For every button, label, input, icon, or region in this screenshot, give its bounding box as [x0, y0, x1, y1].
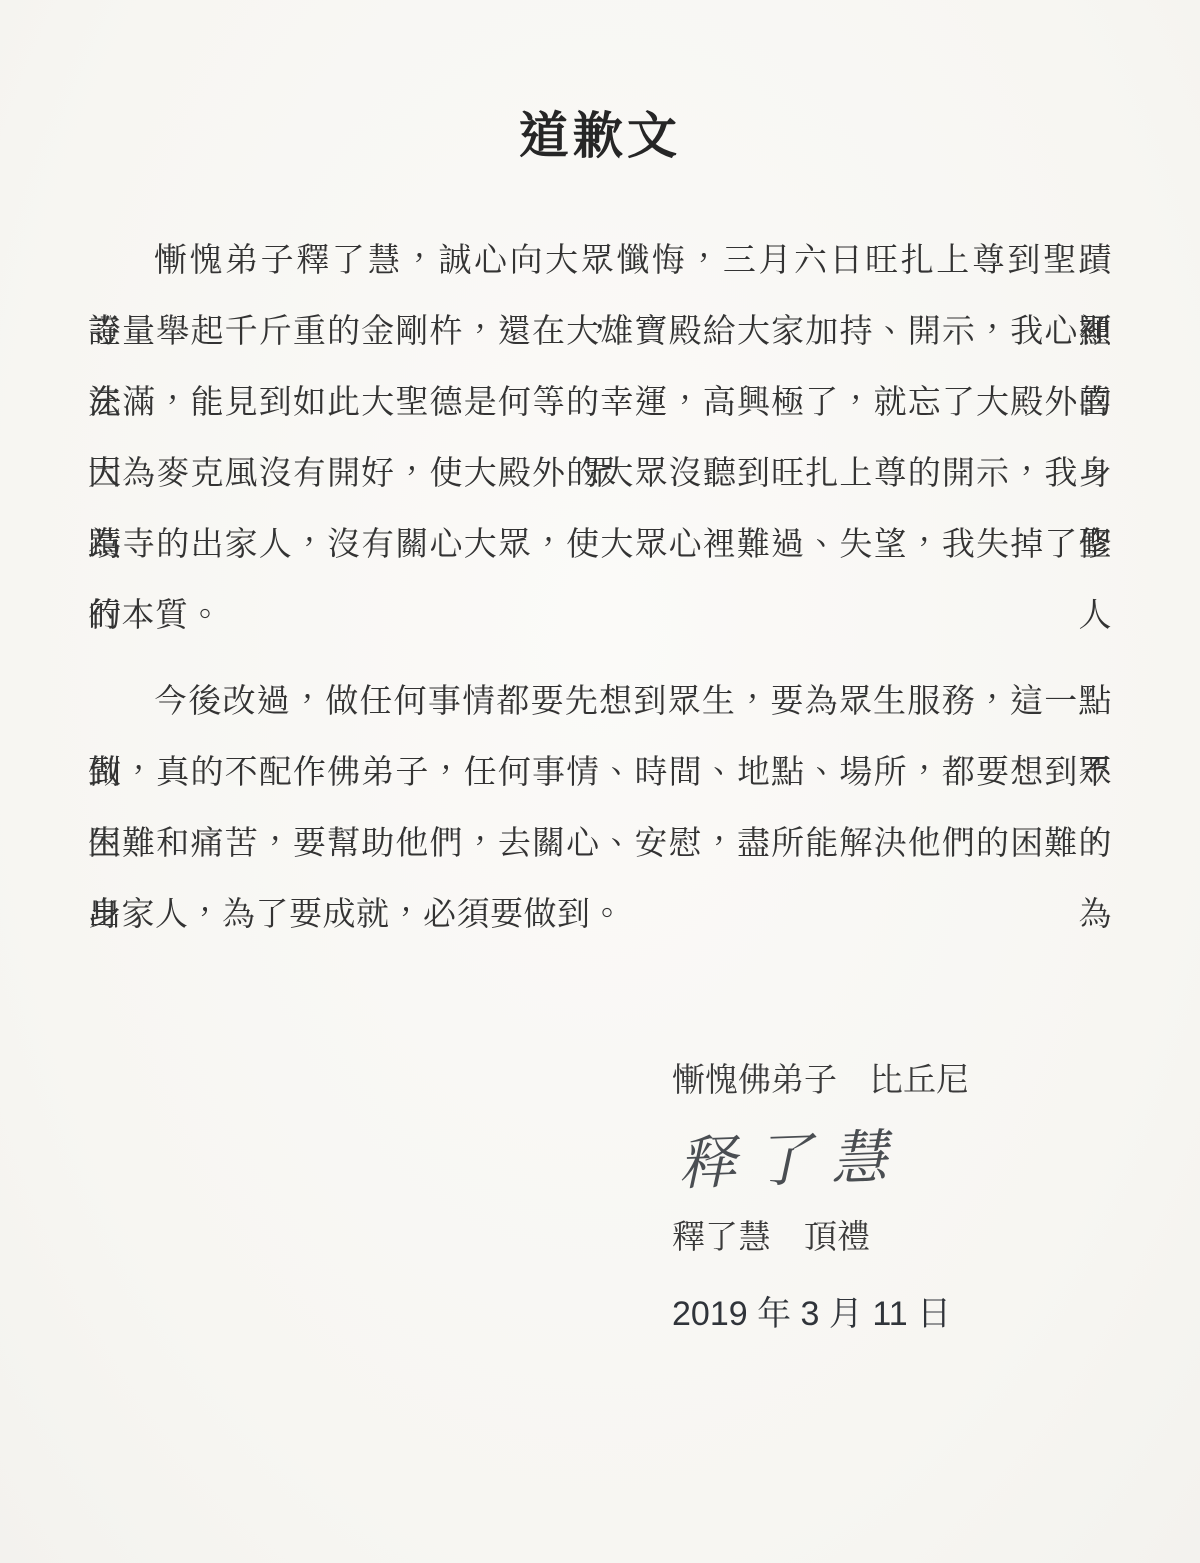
body-line: 因為麥克風沒有開好，使大殿外的大眾沒聽到旺扎上尊的開示，我身為聖 [88, 439, 1112, 510]
body-line: 到，真的不配作佛弟子，任何事情、時間、地點、場所，都要想到眾生的 [88, 738, 1112, 809]
body-line: 慚愧弟子釋了慧，誠心向大眾懺悔，三月六日旺扎上尊到聖蹟寺，顯 [88, 226, 1112, 297]
signature-date: 2019 年 3 月 11 日 [672, 1288, 1112, 1340]
body-line: 今後改過，做任何事情都要先想到眾生，要為眾生服務，這一點做不 [88, 667, 1112, 738]
paragraph-2: 今後改過，做任何事情都要先想到眾生，要為眾生服務，這一點做不 到，真的不配作佛弟… [88, 667, 1112, 951]
body-line: 充滿，能見到如此大聖德是何等的幸運，高興極了，就忘了大殿外的大眾， [88, 368, 1112, 439]
scanned-letter-page: 道歉文 慚愧弟子釋了慧，誠心向大眾懺悔，三月六日旺扎上尊到聖蹟寺，顯 證量舉起千… [0, 0, 1200, 1563]
signature-typed-name: 釋了慧 頂禮 [672, 1212, 1112, 1264]
handwritten-signature: 释了慧 [676, 1103, 1113, 1210]
document-title: 道歉文 [88, 96, 1112, 168]
signature-block: 慚愧佛弟子 比丘尼 释了慧 釋了慧 頂禮 2019 年 3 月 11 日 [672, 1056, 1112, 1340]
body-line: 蹟寺的出家人，沒有關心大眾，使大眾心裡難過、失望，我失掉了修行人 [88, 510, 1112, 581]
body-line: 困難和痛苦，要幫助他們，去關心、安慰，盡所能解決他們的困難，身為 [88, 809, 1112, 880]
signature-salutation: 慚愧佛弟子 比丘尼 [672, 1056, 1112, 1106]
paragraph-1: 慚愧弟子釋了慧，誠心向大眾懺悔，三月六日旺扎上尊到聖蹟寺，顯 證量舉起千斤重的金… [88, 226, 1112, 652]
body-line: 證量舉起千斤重的金剛杵，還在大雄寶殿給大家加持、開示，我心裡法喜 [88, 297, 1112, 368]
